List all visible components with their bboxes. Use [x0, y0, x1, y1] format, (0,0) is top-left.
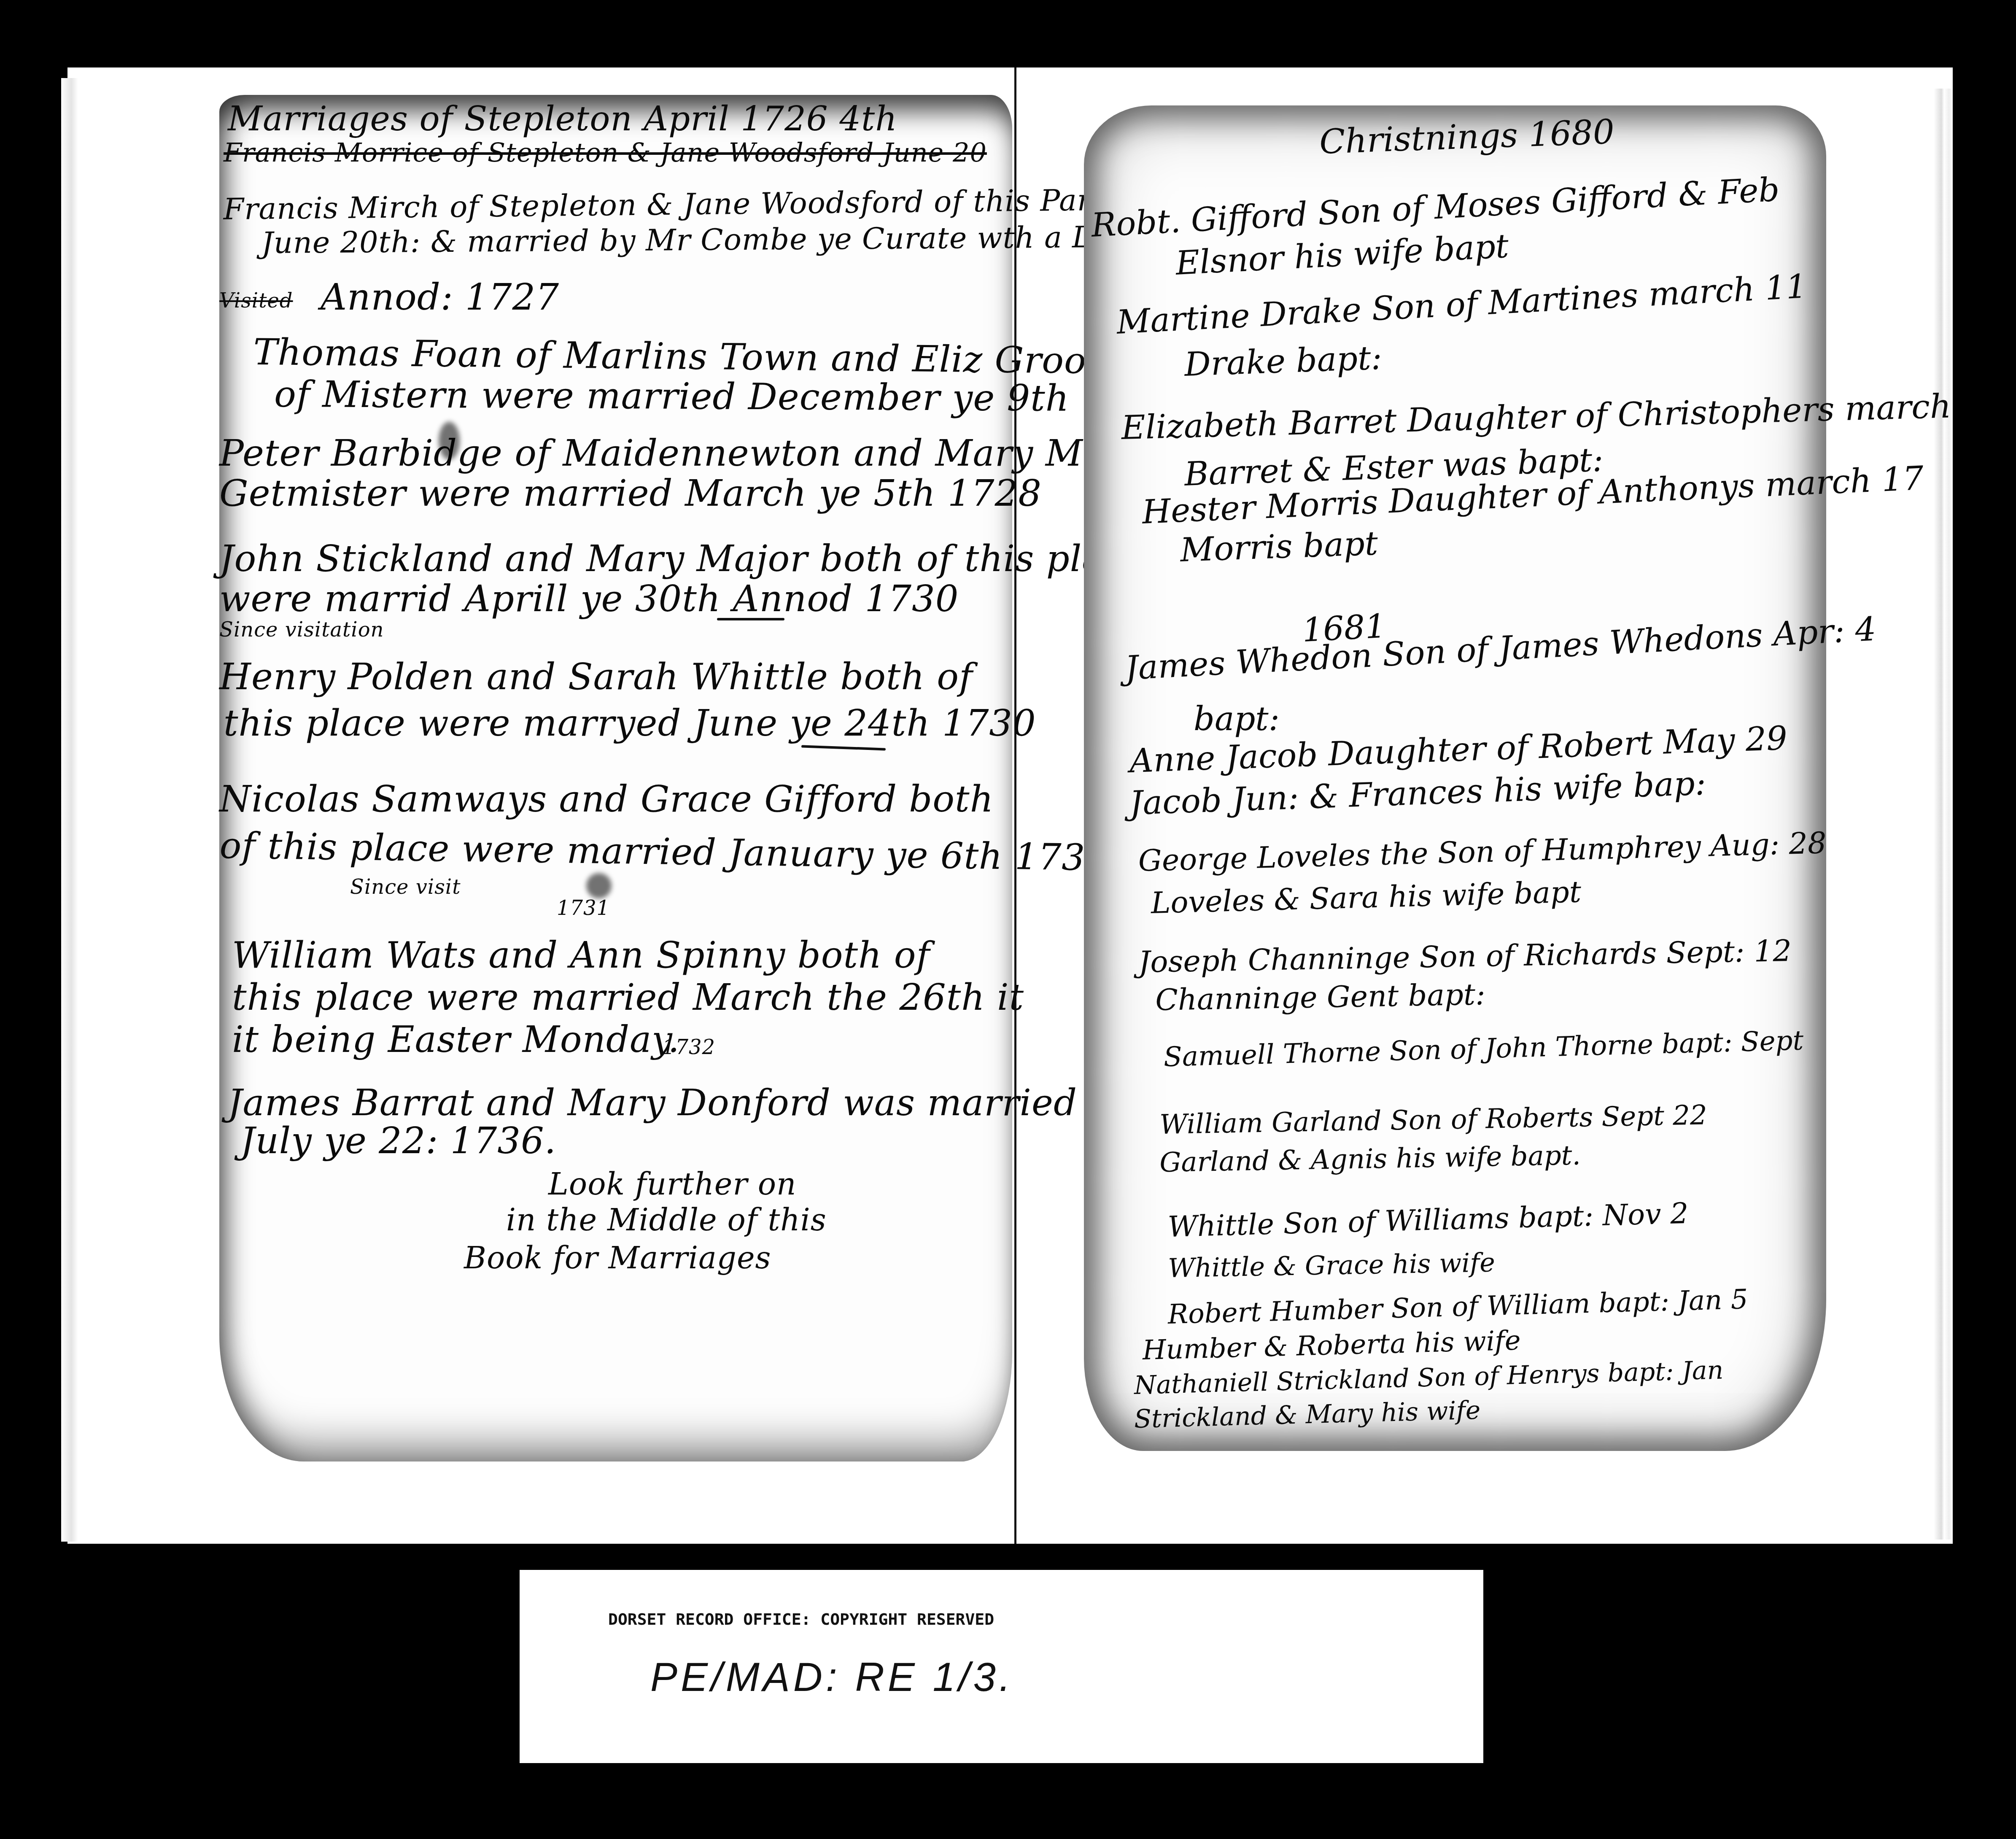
entry-line: William Wats and Ann Spinny both of	[232, 934, 930, 976]
entry-line: Garland & Agnis his wife bapt.	[1159, 1140, 1581, 1178]
right-page-christenings: Christnings 1680 Robt. Gifford Son of Mo…	[1084, 105, 1826, 1451]
right-page-stack-edge	[1934, 89, 1953, 1540]
left-page-marriages: Marriages of Stepleton April 1726 4th Fr…	[219, 95, 1012, 1461]
entry-line: of this place were married January ye 6t…	[219, 825, 1145, 880]
year-note: 1731	[557, 896, 610, 920]
entry-line: Morris bapt	[1180, 525, 1379, 569]
entry-line: Peter Barbidge of Maidennewton and Mary …	[219, 432, 1213, 475]
entry-line: Loveles & Sara his wife bapt	[1151, 874, 1582, 920]
archive-label: DORSET RECORD OFFICE: COPYRIGHT RESERVED…	[520, 1570, 1483, 1763]
since-visitation-note: Since visitation	[219, 618, 384, 642]
since-visit-note: Since visit	[350, 875, 461, 899]
entry-line: John Stickland and Mary Major both of th…	[219, 538, 1147, 580]
entry-line: Robert Humber Son of William bapt: Jan 5	[1167, 1284, 1748, 1330]
entry-line: June 20th: & married by Mr Combe ye Cura…	[261, 219, 1191, 260]
struck-entry: Francis Morrice of Stepleton & Jane Wood…	[224, 137, 987, 168]
look-further-note: in the Middle of this	[506, 1202, 827, 1238]
look-further-note: Look further on	[548, 1166, 796, 1202]
entry-line: of Mistern were married December ye 9th	[274, 373, 1069, 420]
book-gutter	[1014, 67, 1016, 1544]
left-page-stack-edge	[61, 78, 78, 1542]
entry-line: Francis Mirch of Stepleton & Jane Woodsf…	[223, 182, 1137, 227]
entry-line: Humber & Roberta his wife	[1142, 1325, 1521, 1366]
entry-line: Getmister were married March ye 5th 1728	[219, 472, 1042, 515]
entry-line: Channinge Gent bapt:	[1155, 977, 1486, 1017]
year-note: 1732	[662, 1035, 715, 1059]
entry-line: Henry Polden and Sarah Whittle both of	[219, 656, 973, 698]
entry-line: William Garland Son of Roberts Sept 22	[1159, 1100, 1708, 1141]
entry-line: Joseph Channinge Son of Richards Sept: 1…	[1138, 933, 1792, 979]
entry-line: James Barrat and Mary Donford was marrie…	[228, 1082, 1077, 1124]
ink-blot	[586, 873, 612, 898]
entry-line: Drake bapt:	[1184, 339, 1383, 384]
entry-line: George Loveles the Son of Humphrey Aug: …	[1138, 825, 1827, 878]
entry-line: this place were marryed June ye 24th 173…	[224, 702, 1036, 744]
entry-line: bapt:	[1194, 700, 1280, 738]
entry-line: Samuell Thorne Son of John Thorne bapt: …	[1163, 1025, 1804, 1073]
entry-line: this place were married March the 26th i…	[232, 976, 1024, 1019]
entry-line: Whittle Son of Williams bapt: Nov 2	[1167, 1197, 1689, 1244]
entry-line: it being Easter Monday.	[232, 1019, 680, 1061]
entry-line: July ye 22: 1736.	[240, 1120, 556, 1162]
underline	[801, 745, 886, 751]
entry-line: were marrid Aprill ye 30th Annod 1730	[219, 578, 959, 620]
copyright-notice: DORSET RECORD OFFICE: COPYRIGHT RESERVED	[608, 1610, 994, 1629]
year-heading: Annod: 1727	[321, 276, 559, 318]
marriages-heading: Marriages of Stepleton April 1726 4th	[228, 99, 897, 138]
ink-blot	[439, 422, 460, 460]
underline	[717, 618, 784, 620]
archive-reference: PE/MAD: RE 1/3.	[650, 1654, 1014, 1701]
entry-line: Strickland & Mary his wife	[1134, 1396, 1481, 1434]
visited-note: Visited	[219, 289, 293, 313]
entry-line: James Whedon Son of James Whedons Apr: 4	[1124, 610, 1877, 688]
entry-line: Whittle & Grace his wife	[1168, 1247, 1496, 1284]
christenings-heading: Christnings 1680	[1319, 112, 1615, 162]
look-further-note: Book for Marriages	[464, 1240, 771, 1275]
entry-line: Nicolas Samways and Grace Gifford both	[219, 778, 994, 820]
